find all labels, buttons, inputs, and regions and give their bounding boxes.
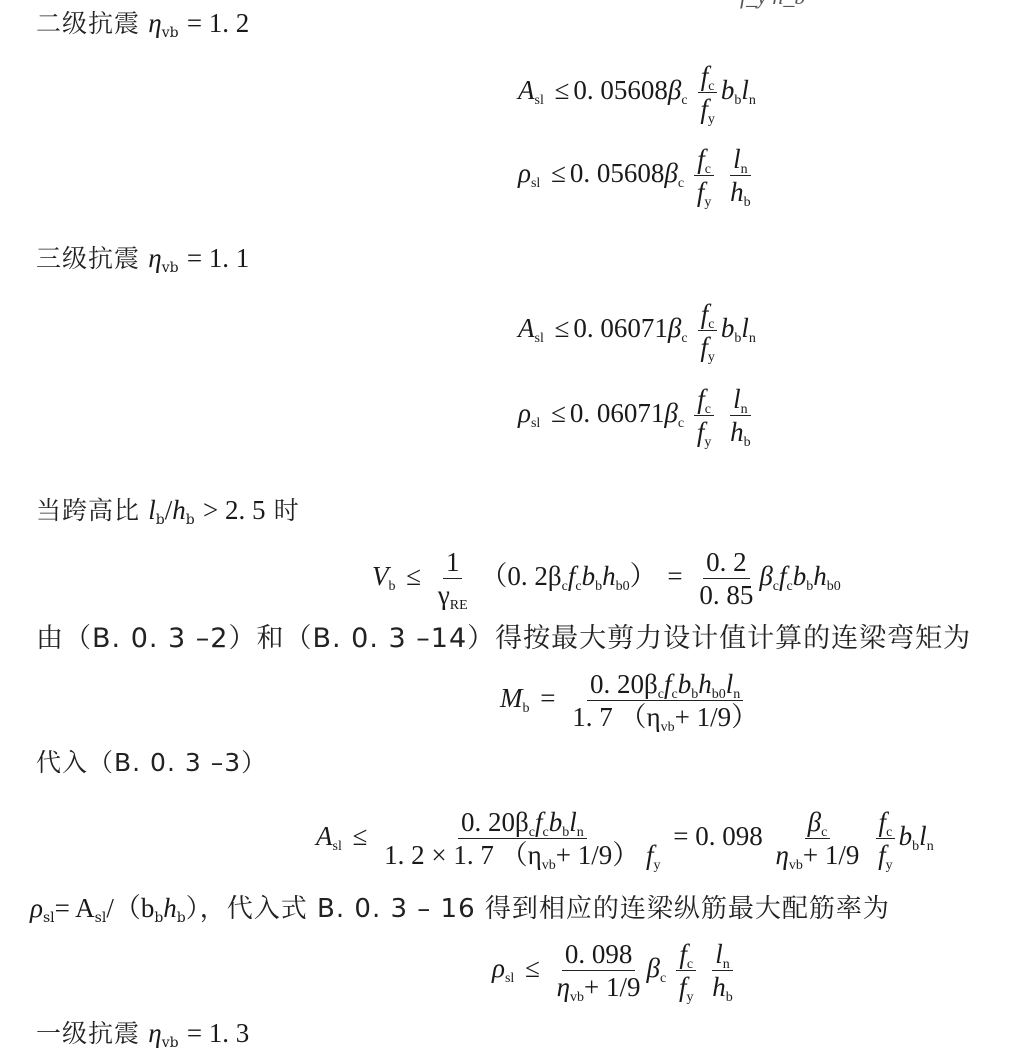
f-sub: y xyxy=(654,858,661,873)
den: h xyxy=(712,972,726,1002)
num-sub: c xyxy=(687,957,693,972)
relation: ≤ xyxy=(551,158,566,188)
den-rest: + 1/9） xyxy=(556,840,639,870)
den: 1. 7 （η xyxy=(572,702,660,732)
l-sub: n xyxy=(577,825,584,840)
den: 1. 2 × 1. 7 （η xyxy=(384,840,542,870)
eta-subscript: vb xyxy=(162,25,179,41)
relation: ≤ xyxy=(353,821,368,851)
equals-a: = A xyxy=(55,893,95,923)
grade2-heading-line: 二级抗震 ηvb = 1. 2 xyxy=(36,10,249,37)
num-sub: c xyxy=(708,79,714,94)
den-sub: b xyxy=(744,435,751,450)
fraction: 0. 20βcfcbbhb0ln 1. 7 （ηvb+ 1/9） xyxy=(569,670,761,732)
fraction: 1 γRE xyxy=(435,548,471,610)
moment-intro-text: 由（B. 0. 3 –2）和（B. 0. 3 –14）得按最大剪力设计值计算的连… xyxy=(36,625,971,652)
num: 1 xyxy=(443,548,463,579)
h-sub: b0 xyxy=(827,579,841,594)
beta: β xyxy=(808,807,821,837)
eta-subscript: vb xyxy=(162,1035,179,1051)
h-sub: b0 xyxy=(616,579,630,594)
fraction: fc fy xyxy=(697,300,718,362)
fraction: fc fy xyxy=(676,940,697,1002)
lhs: ρ xyxy=(518,158,531,188)
lhs: ρ xyxy=(492,953,505,983)
lhs: M xyxy=(500,683,523,713)
num: l xyxy=(715,939,723,969)
den: f xyxy=(700,332,708,362)
lhs-sub: b xyxy=(523,701,530,716)
den: h xyxy=(730,177,744,207)
num: f xyxy=(697,144,705,174)
eta-sub: vb xyxy=(789,858,803,873)
b-sub: b xyxy=(154,910,163,926)
l: l xyxy=(569,807,577,837)
num: f xyxy=(679,939,687,969)
lhs-sub: sl xyxy=(505,971,514,986)
den-sub: b xyxy=(744,195,751,210)
coefficient: 0. 05608 xyxy=(573,75,668,105)
slash-paren: /（b xyxy=(106,893,154,923)
l: l xyxy=(919,821,927,851)
moment-formula: Mb = 0. 20βcfcbbhb0ln 1. 7 （ηvb+ 1/9） xyxy=(500,670,764,732)
num: f xyxy=(879,807,887,837)
eta-value: = 1. 3 xyxy=(187,1018,249,1048)
eta-symbol: η xyxy=(148,8,161,38)
shear-formula: Vb ≤ 1 γRE （0. 2βcfcbbhb0） = 0. 2 0. 85 … xyxy=(372,548,841,610)
rho: ρ xyxy=(30,893,43,923)
lhs-sub: sl xyxy=(531,176,540,191)
relation: ≤ xyxy=(555,75,570,105)
relation: = xyxy=(540,683,555,713)
eta-value: = 1. 2 xyxy=(187,8,249,38)
f: f xyxy=(779,561,787,591)
tail: b xyxy=(721,313,735,343)
den: h xyxy=(730,417,744,447)
fraction: βc ηvb+ 1/9 xyxy=(773,808,863,870)
relation: ≤ xyxy=(555,313,570,343)
den: f xyxy=(700,94,708,124)
num-sub: c xyxy=(708,317,714,332)
l-sub: n xyxy=(733,687,740,702)
lhs-sub: sl xyxy=(531,416,540,431)
beta: β xyxy=(664,398,677,428)
den: f xyxy=(878,840,886,870)
num: l xyxy=(733,384,741,414)
b: b xyxy=(793,561,807,591)
grade2-heading: 二级抗震 xyxy=(36,9,140,38)
h: h xyxy=(698,669,712,699)
num-sub: c xyxy=(705,402,711,417)
num: 0. 098 xyxy=(562,940,636,971)
equals: = xyxy=(667,561,682,591)
beta-sub: c xyxy=(678,176,684,191)
num: 0. 2 xyxy=(703,548,750,579)
condition-value: > 2. 5 xyxy=(203,495,265,525)
den-sub: y xyxy=(704,435,711,450)
fraction: fc fy xyxy=(694,385,715,447)
num: 0. 20β xyxy=(461,807,529,837)
num: l xyxy=(733,144,741,174)
tail: b xyxy=(721,75,735,105)
den-sub: y xyxy=(708,350,715,365)
lhs-sub: sl xyxy=(535,331,544,346)
rho-intro-line: ρsl= Asl/（bbhb），代入式 B. 0. 3 – 16 得到相应的连梁… xyxy=(30,895,890,922)
tail2-sub: n xyxy=(749,331,756,346)
beta-sub: c xyxy=(678,416,684,431)
den-sub: y xyxy=(704,195,711,210)
grade1-heading-line: 一级抗震 ηvb = 1. 3 xyxy=(36,1020,249,1047)
relation: ≤ xyxy=(551,398,566,428)
h: h xyxy=(602,561,616,591)
eta: η xyxy=(776,840,789,870)
beta-sub: c xyxy=(821,825,827,840)
rho-max-formula: ρsl ≤ 0. 098 ηvb+ 1/9 βc fc fy ln hb xyxy=(492,940,739,1002)
fraction: 0. 20βcfcbbln 1. 2 × 1. 7 （ηvb+ 1/9） fy xyxy=(381,808,663,870)
coefficient: 0. 06071 xyxy=(573,313,668,343)
h-sub: b xyxy=(177,910,186,926)
cropped-formula-fragment: f_y h_b xyxy=(740,0,805,10)
lb-sub: b xyxy=(156,512,165,528)
beta: β xyxy=(668,313,681,343)
num-sub: n xyxy=(741,402,748,417)
tail2: l xyxy=(741,313,749,343)
relation: ≤ xyxy=(406,561,421,591)
eta-value: = 1. 1 xyxy=(187,243,249,273)
den-sub: y xyxy=(708,112,715,127)
den-rest: + 1/9） xyxy=(675,702,758,732)
substitute-text: 代入（B. 0. 3 –3） xyxy=(36,750,267,775)
rho-sub: sl xyxy=(43,910,55,926)
lhs: A xyxy=(518,75,535,105)
gamma-sub: RE xyxy=(450,598,468,613)
b: b xyxy=(678,669,692,699)
a-sub: sl xyxy=(95,910,107,926)
den-sub: b xyxy=(726,990,733,1005)
eta-sub: vb xyxy=(570,990,584,1005)
document-page: f_y h_b 二级抗震 ηvb = 1. 2 Asl ≤0. 05608βc … xyxy=(0,0,1024,1062)
formula-as-grade2: Asl ≤0. 05608βc fc fy bbln xyxy=(518,62,756,124)
fraction: 0. 2 0. 85 xyxy=(696,548,756,610)
num: f xyxy=(697,384,705,414)
num: 0. 20β xyxy=(590,669,658,699)
num-sub: n xyxy=(741,162,748,177)
beta-sub: c xyxy=(660,971,666,986)
as-formula: Asl ≤ 0. 20βcfcbbln 1. 2 × 1. 7 （ηvb+ 1/… xyxy=(316,808,934,870)
gamma: γ xyxy=(438,580,450,610)
span-ratio-condition: 当跨高比 lb/hb > 2. 5 时 xyxy=(36,497,300,524)
den-sub: y xyxy=(886,858,893,873)
beta-sub: c xyxy=(681,93,687,108)
num-sub: c xyxy=(886,825,892,840)
eta-subscript: vb xyxy=(162,260,179,276)
eta-symbol: η xyxy=(148,1018,161,1048)
eta-symbol: η xyxy=(148,243,161,273)
lhs: ρ xyxy=(518,398,531,428)
num-sub: c xyxy=(705,162,711,177)
grade3-heading: 三级抗震 xyxy=(36,244,140,273)
fraction: fc fy xyxy=(694,145,715,207)
f: f xyxy=(646,840,654,870)
tail2-sub: n xyxy=(749,93,756,108)
den-rest: + 1/9 xyxy=(803,840,859,870)
h-sub: b0 xyxy=(712,687,726,702)
rho-intro-text: ），代入式 B. 0. 3 – 16 得到相应的连梁纵筋最大配筋率为 xyxy=(186,894,890,924)
equals-coef: = 0. 098 xyxy=(673,821,762,851)
eta: η xyxy=(557,972,570,1002)
coefficient: 0. 06071 xyxy=(570,398,665,428)
num-sub: n xyxy=(723,957,730,972)
fraction: 0. 098 ηvb+ 1/9 xyxy=(554,940,644,1002)
fraction: ln hb xyxy=(727,145,754,207)
coefficient: 0. 05608 xyxy=(570,158,665,188)
f: f xyxy=(664,669,672,699)
fraction: fc fy xyxy=(697,62,718,124)
fraction: ln hb xyxy=(727,385,754,447)
eta-sub: vb xyxy=(542,858,556,873)
den: 0. 85 xyxy=(696,579,756,609)
hb-sub: b xyxy=(186,512,195,528)
hb: h xyxy=(172,495,186,525)
tail2: l xyxy=(741,75,749,105)
formula-rho-grade3: ρsl ≤0. 06071βc fc fy ln hb xyxy=(518,385,757,447)
l-sub: n xyxy=(927,839,934,854)
lhs: V xyxy=(372,561,389,591)
paren-close: ） xyxy=(630,561,657,591)
grade3-heading-line: 三级抗震 ηvb = 1. 1 xyxy=(36,245,249,272)
lhs: A xyxy=(316,821,333,851)
eta-sub: vb xyxy=(661,720,675,735)
lhs: A xyxy=(518,313,535,343)
b: b xyxy=(549,807,563,837)
b: b xyxy=(582,561,596,591)
grade1-heading: 一级抗震 xyxy=(36,1019,140,1048)
beta: β xyxy=(759,561,772,591)
formula-as-grade3: Asl ≤0. 06071βc fc fy bbln xyxy=(518,300,756,362)
beta-sub: c xyxy=(681,331,687,346)
relation: ≤ xyxy=(525,953,540,983)
lhs-sub: b xyxy=(389,579,396,594)
beta: β xyxy=(647,953,660,983)
b: b xyxy=(899,821,913,851)
condition-suffix: 时 xyxy=(274,496,300,525)
beta: β xyxy=(664,158,677,188)
lhs-sub: sl xyxy=(535,93,544,108)
formula-rho-grade2: ρsl ≤0. 05608βc fc fy ln hb xyxy=(518,145,757,207)
den-rest: + 1/9 xyxy=(584,972,640,1002)
lb: l xyxy=(148,495,156,525)
h: h xyxy=(163,893,177,923)
fraction: ln hb xyxy=(709,940,736,1002)
beta: β xyxy=(668,75,681,105)
den-sub: y xyxy=(686,990,693,1005)
h: h xyxy=(813,561,827,591)
paren-open: （0. 2β xyxy=(480,561,561,591)
condition-prefix: 当跨高比 xyxy=(36,496,140,525)
fraction: fc fy xyxy=(875,808,896,870)
lhs-sub: sl xyxy=(333,839,342,854)
